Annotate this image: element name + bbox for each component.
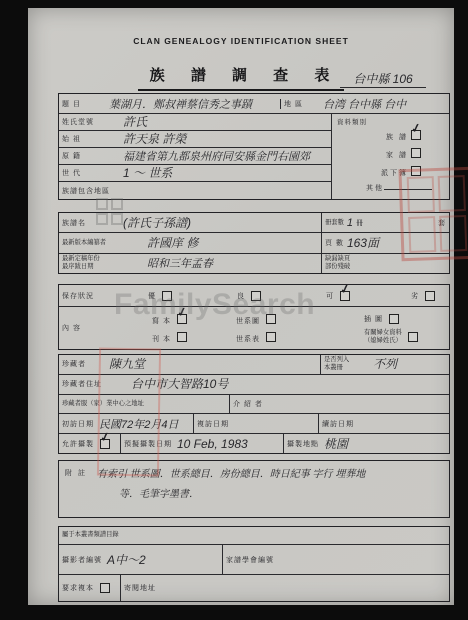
filming-place-label: 攝製地點: [283, 434, 322, 453]
holder-address-label: 珍藏者住址: [59, 379, 129, 389]
note-text: 有索引 世系圖．世系總目．房份總目．時日紀事 字行 埋葬地 等．毛筆字墨書．: [97, 465, 441, 505]
status-good: 良: [234, 291, 261, 301]
permission-label: 允許攝製: [59, 439, 97, 449]
editor-value: 許國庠 修: [147, 236, 198, 250]
surname-row: 姓氏堂號 許氏: [59, 114, 331, 131]
data-category-cell: 資料類別 族 譜 家 譜 派下簿 其他: [331, 114, 449, 199]
office-use-table: 屬于本叢書類譜目錄 攝影者編號 A中～2 家譜學會編號 要求複本 寄閱地址: [58, 526, 450, 602]
basic-info-table: 題 目 葉湖月．鄭叔禅蔡信秀之事蹟 地 區 台湾 台中縣 台中 姓氏堂號 許氏 …: [58, 93, 450, 200]
note-box: 附 註 有索引 世系圖．世系總目．房份總目．時日紀事 字行 埋葬地 等．毛筆字墨…: [58, 460, 450, 518]
surname-value: 許氏: [123, 115, 147, 129]
sheet-title-en: CLAN GENEALOGY IDENTIFICATION SHEET: [28, 36, 454, 46]
work-address-row: 珍藏者服（家）業中心之地址 介 紹 者: [59, 395, 449, 415]
second-visit-label: 複訪日期: [193, 414, 232, 433]
lineage-chart-checkbox: [266, 314, 276, 324]
fair-checkbox: [340, 291, 350, 301]
holder-value: 陳九堂: [109, 357, 145, 371]
society-number-label: 家譜學會編號: [222, 545, 305, 574]
holder-table: 珍藏者 陳九堂 是否列入 本叢冊 不列 珍藏者住址 台中市大智路10号 珍藏者服…: [58, 354, 450, 454]
lineage-table-checkbox: [266, 332, 276, 342]
copy-request-checkbox: [100, 583, 110, 593]
lineage-chart-item: 世系圖: [233, 310, 361, 328]
pages-label: 頁 數: [322, 238, 347, 248]
first-visit-value: 民國72年2月4日: [99, 419, 178, 431]
condition-table: 保存狀況 優 良 可 劣 內 容 寫 本 世系: [58, 284, 450, 350]
preservation-row: 保存狀況 優 良 可 劣: [59, 285, 449, 307]
category-item-clan: 族 譜: [386, 130, 421, 142]
holder-address-row: 珍藏者住址 台中市大智路10号: [59, 375, 449, 395]
generations-label: 世 代: [59, 168, 121, 178]
title-value-cell: 葉湖月．鄭叔禅蔡信秀之事蹟: [107, 95, 280, 113]
title-value: 葉湖月．鄭叔禅蔡信秀之事蹟: [109, 99, 252, 111]
note-line2: 等．毛筆字墨書．: [97, 485, 441, 505]
listed-label: 是否列入 本叢冊: [320, 355, 371, 374]
illustration-checkbox: [389, 314, 399, 324]
filming-date-value: 10 Feb, 1983: [177, 437, 248, 451]
form-title: 族 譜 調 查 表: [138, 64, 345, 91]
illustration-item: 插 圖: [361, 314, 449, 324]
followup-visit-label: 續訪日期: [318, 414, 357, 433]
holder-row: 珍藏者 陳九堂 是否列入 本叢冊 不列: [59, 355, 449, 375]
poor-checkbox: [425, 291, 435, 301]
books-row: 冊套數 1 冊 套: [322, 213, 449, 233]
preservation-label: 保存狀況: [59, 291, 121, 301]
books-label: 冊套數: [322, 219, 347, 227]
introducer-label: 介 紹 者: [229, 395, 288, 414]
volume-info-table: 族譜名 (許氏子孫譜) 最新版本編纂者 許國庠 修 最新定稿年份 最序跋日期 昭…: [58, 212, 450, 274]
pages-value: 163面: [347, 234, 379, 251]
title-label: 題 目: [59, 99, 107, 109]
coverage-row: 族譜包含地區: [59, 182, 331, 199]
coverage-label: 族譜包含地區: [59, 186, 113, 196]
editor-row: 最新版本編纂者 許國庠 修: [59, 233, 321, 253]
holder-address-value: 台中市大智路10号: [131, 377, 228, 391]
category-item-family: 家 譜: [386, 148, 421, 160]
date-value: 昭和三年孟春: [147, 258, 213, 270]
contents-label: 內 容: [59, 323, 121, 333]
note-line1: 有索引 世系圖．世系總目．房份總目．時日紀事 字行 埋葬地: [97, 465, 441, 485]
filming-place-value: 桃園: [324, 437, 348, 451]
editor-label: 最新版本編纂者: [59, 239, 145, 247]
manuscript-checkbox: [177, 314, 187, 324]
missing-row: 缺漏缺頁 部份殘破: [322, 254, 449, 273]
photographer-row: 攝影者編號 A中～2 家譜學會編號: [59, 545, 449, 575]
descendant-register-checkbox: [411, 166, 421, 176]
surname-label: 姓氏堂號: [59, 117, 121, 127]
filming-row: 允許攝製 預擬攝製日期 10 Feb, 1983 攝製地點 桃園: [59, 434, 449, 453]
date-row: 最新定稿年份 最序跋日期 昭和三年孟春: [59, 254, 321, 273]
ancestor-label: 始 祖: [59, 134, 121, 144]
listed-value: 不列: [373, 357, 397, 371]
mailing-address-label: 寄閱地址: [120, 575, 159, 601]
region-value: 台湾 台中縣 台中: [323, 99, 406, 111]
copy-request-row: 要求複本 寄閱地址: [59, 575, 449, 601]
category-item-register: 派下簿: [381, 166, 421, 178]
category-other: 其他: [366, 181, 432, 193]
missing-label: 缺漏缺頁 部份殘破: [322, 255, 353, 271]
work-address-label: 珍藏者服（家）業中心之地址: [59, 400, 225, 408]
excellent-checkbox: [162, 291, 172, 301]
books-unit1: 冊: [353, 218, 367, 228]
origin-value: 福建省第九都泉州府同安縣金門右園郊: [123, 151, 310, 163]
region-label: 地 區: [280, 99, 321, 109]
genealogy-name-value: (許氏子孫譜): [123, 216, 191, 230]
clan-genealogy-checkbox: [411, 130, 421, 140]
good-checkbox: [251, 291, 261, 301]
ancestor-row: 始 祖 許天泉 許榮: [59, 131, 331, 148]
date-label: 最新定稿年份 最序跋日期: [59, 255, 145, 271]
manuscript-item: 寫 本: [121, 310, 233, 328]
printed-checkbox: [177, 332, 187, 342]
women-data-item: 有關婦女資料 （媳婦姓氏）: [361, 329, 449, 345]
status-fair: 可: [323, 291, 350, 301]
women-data-checkbox: [408, 332, 418, 342]
generations-row: 世 代 1 ～ 世系: [59, 165, 331, 182]
origin-label: 原 籍: [59, 151, 121, 161]
pages-row: 頁 數 163面: [322, 233, 449, 253]
holder-label: 珍藏者: [59, 359, 107, 369]
photographer-label: 攝影者編號: [59, 555, 105, 565]
copy-request-label: 要求複本: [59, 583, 97, 593]
photographer-value: A中～2: [107, 553, 146, 567]
note-label: 附 註: [65, 468, 87, 478]
origin-row: 原 籍 福建省第九都泉州府同安縣金門右園郊: [59, 148, 331, 165]
lineage-table-item: 世系表: [233, 328, 361, 346]
family-genealogy-checkbox: [411, 148, 421, 158]
scanned-form-paper: CLAN GENEALOGY IDENTIFICATION SHEET 族 譜 …: [28, 8, 454, 605]
other-blank-line: [384, 181, 432, 190]
status-poor: 劣: [408, 291, 435, 301]
genealogy-name-row: 族譜名 (許氏子孫譜): [59, 213, 321, 233]
generations-value: 1 ～ 世系: [123, 166, 172, 180]
printed-item: 刊 本: [121, 328, 233, 346]
genealogy-name-label: 族譜名: [59, 218, 121, 228]
visit-dates-row: 初訪日期 民國72年2月4日 複訪日期 續訪日期: [59, 414, 449, 434]
status-excellent: 優: [145, 291, 172, 301]
form-number: 台中縣 106: [340, 70, 426, 88]
ancestor-value: 許天泉 許榮: [123, 132, 186, 146]
catalog-label: 屬于本叢書類譜目錄: [59, 531, 122, 539]
books-unit2: 套: [435, 218, 449, 228]
first-visit-label: 初訪日期: [59, 419, 97, 429]
permission-checkbox: [100, 439, 110, 449]
catalog-row: 屬于本叢書類譜目錄: [59, 527, 449, 545]
region-value-cell: 台湾 台中縣 台中: [321, 95, 449, 113]
category-label: 資料類別: [337, 117, 367, 126]
filming-date-label: 預擬攝製日期: [120, 434, 175, 453]
contents-row: 內 容 寫 本 世系圖 插 圖 刊 本: [59, 307, 449, 349]
